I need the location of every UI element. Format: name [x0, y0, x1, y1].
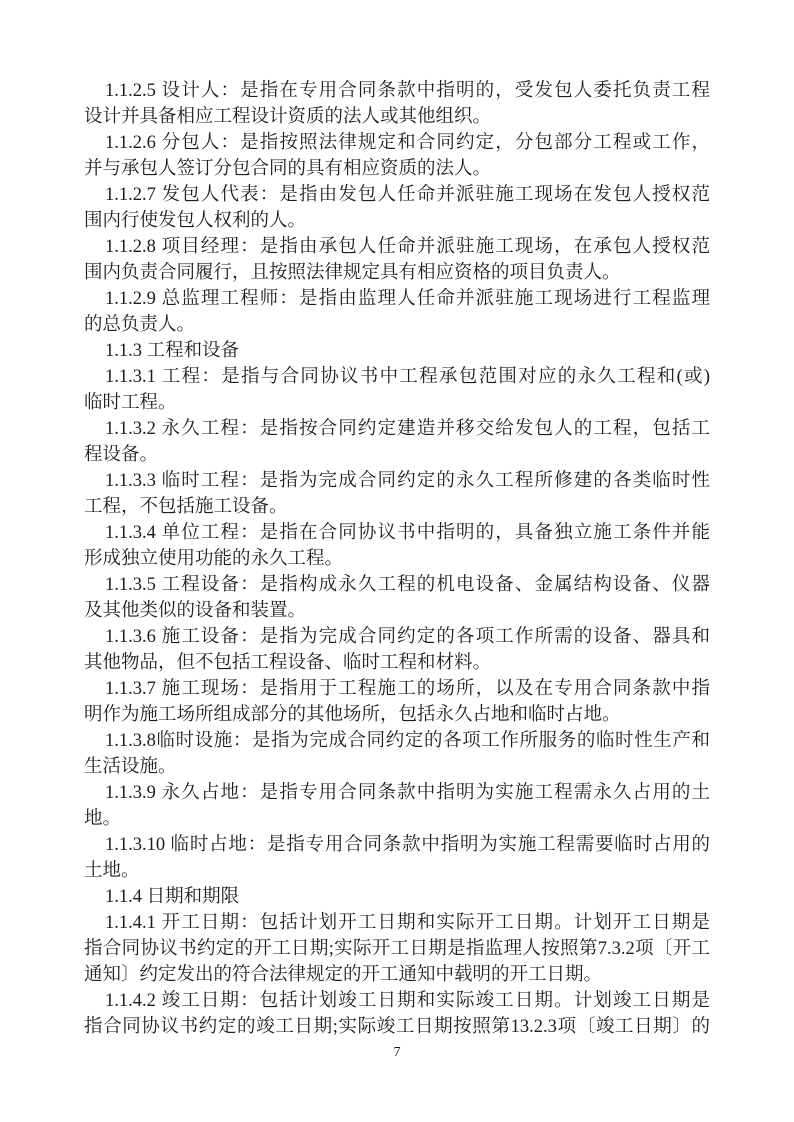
- text-line: 1.1.2.8 项目经理：是指由承包人任命并派驻施工现场，在承包人授权范: [84, 234, 710, 260]
- text-line: 围内负责合同履行，且按照法律规定具有相应资格的项目负责人。: [84, 260, 710, 286]
- text-line: 程设备。: [84, 442, 710, 468]
- text-line: 围内行使发包人权利的人。: [84, 208, 710, 234]
- text-line: 明作为施工场所组成部分的其他场所，包括永久占地和临时占地。: [84, 702, 710, 728]
- text-line: 1.1.2.6 分包人：是指按照法律规定和合同约定，分包部分工程或工作，: [84, 130, 710, 156]
- text-line: 1.1.3.8临时设施：是指为完成合同约定的各项工作所服务的临时性生产和: [84, 728, 710, 754]
- page-number: 7: [0, 1043, 794, 1063]
- text-line: 1.1.3.6 施工设备：是指为完成合同约定的各项工作所需的设备、器具和: [84, 624, 710, 650]
- text-line: 1.1.2.7 发包人代表：是指由发包人任命并派驻施工现场在发包人授权范: [84, 182, 710, 208]
- text-line: 1.1.3.4 单位工程：是指在合同协议书中指明的，具备独立施工条件并能: [84, 520, 710, 546]
- text-line: 土地。: [84, 858, 710, 884]
- text-line: 1.1.2.5 设计人：是指在专用合同条款中指明的，受发包人委托负责工程: [84, 78, 710, 104]
- text-line: 地。: [84, 806, 710, 832]
- text-line: 指合同协议书约定的开工日期;实际开工日期是指监理人按照第7.3.2项〔开工: [84, 936, 710, 962]
- text-line: 1.1.3.2 永久工程：是指按合同约定建造并移交给发包人的工程，包括工: [84, 416, 710, 442]
- text-line: 及其他类似的设备和装置。: [84, 598, 710, 624]
- text-line: 1.1.3.5 工程设备：是指构成永久工程的机电设备、金属结构设备、仪器: [84, 572, 710, 598]
- text-line: 1.1.3.10 临时占地：是指专用合同条款中指明为实施工程需要临时占用的: [84, 832, 710, 858]
- text-line: 1.1.4 日期和期限: [84, 884, 710, 910]
- text-line: 并与承包人签订分包合同的具有相应资质的法人。: [84, 156, 710, 182]
- text-line: 的总负责人。: [84, 312, 710, 338]
- text-line: 设计并具备相应工程设计资质的法人或其他组织。: [84, 104, 710, 130]
- text-line: 形成独立使用功能的永久工程。: [84, 546, 710, 572]
- text-line: 1.1.2.9 总监理工程师：是指由监理人任命并派驻施工现场进行工程监理: [84, 286, 710, 312]
- text-line: 工程，不包括施工设备。: [84, 494, 710, 520]
- text-line: 其他物品，但不包括工程设备、临时工程和材料。: [84, 650, 710, 676]
- document-page: 1.1.2.5 设计人：是指在专用合同条款中指明的，受发包人委托负责工程设计并具…: [0, 0, 794, 1122]
- text-line: 生活设施。: [84, 754, 710, 780]
- text-line: 1.1.3.1 工程：是指与合同协议书中工程承包范围对应的永久工程和(或): [84, 364, 710, 390]
- text-line: 通知〕约定发出的符合法律规定的开工通知中载明的开工日期。: [84, 962, 710, 988]
- text-line: 1.1.3.7 施工现场：是指用于工程施工的场所，以及在专用合同条款中指: [84, 676, 710, 702]
- text-line: 1.1.3 工程和设备: [84, 338, 710, 364]
- document-body: 1.1.2.5 设计人：是指在专用合同条款中指明的，受发包人委托负责工程设计并具…: [84, 78, 710, 1040]
- text-line: 1.1.3.9 永久占地：是指专用合同条款中指明为实施工程需永久占用的土: [84, 780, 710, 806]
- text-line: 临时工程。: [84, 390, 710, 416]
- text-line: 1.1.3.3 临时工程：是指为完成合同约定的永久工程所修建的各类临时性: [84, 468, 710, 494]
- text-line: 1.1.4.1 开工日期：包括计划开工日期和实际开工日期。计划开工日期是: [84, 910, 710, 936]
- text-line: 指合同协议书约定的竣工日期;实际竣工日期按照第13.2.3项〔竣工日期〕的: [84, 1014, 710, 1040]
- text-line: 1.1.4.2 竣工日期：包括计划竣工日期和实际竣工日期。计划竣工日期是: [84, 988, 710, 1014]
